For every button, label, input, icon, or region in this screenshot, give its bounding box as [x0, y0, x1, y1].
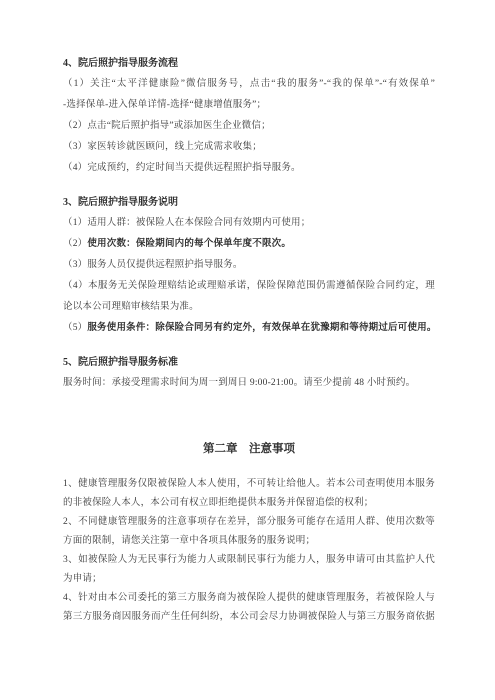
flow-step-3: （3）家医转诊就医顾问，线上完成需求收集； [63, 137, 435, 158]
note-4-line-1: 4、针对由本公司委托的第三方服务商为被保险人提供的健康管理服务，若被保险人与 [63, 589, 435, 608]
chapter-2-title: 第二章 注意事项 [63, 437, 435, 461]
desc-item-5-bold-text: 服务使用条件：除保险合同另有约定外，有效保单在犹豫期和等待期过后可使用。 [87, 323, 435, 333]
section-heading-description: 3、院后照护指导服务说明 [63, 192, 435, 213]
desc-item-1: （1）适用人群：被保险人在本保险合同有效期内可使用； [63, 213, 435, 234]
note-3-line-1: 3、如被保险人为无民事行为能力人或限制民事行为能力人，服务申请可由其监护人代 [63, 551, 435, 570]
desc-item-4-line-1: （4）本服务无关保险理赔结论或理赔承诺，保险保障范围仍需遵循保险合同约定，理赔结 [63, 276, 435, 297]
note-2-line-2: 方面的限制，请您关注第一章中各项具体服务的服务说明； [63, 532, 435, 551]
document-content: 4、院后照护指导服务流程 （1）关注“太平洋健康险”微信服务号，点击“我的服务”… [63, 53, 435, 627]
section-care-guidance-description: 3、院后照护指导服务说明 （1）适用人群：被保险人在本保险合同有效期内可使用； … [63, 192, 435, 339]
flow-step-4: （4）完成预约，约定时间当天提供远程照护指导服务。 [63, 158, 435, 179]
chapter-2-notes: 1、健康管理服务仅限被保险人本人使用，不可转让给他人。若本公司查明使用本服务 的… [63, 475, 435, 627]
note-3-line-2: 为申请； [63, 570, 435, 589]
flow-step-2: （2）点击“院后照护指导”或添加医生企业微信； [63, 116, 435, 137]
desc-item-2-bold-text: 使用次数：保险期间内的每个保单年度不限次。 [87, 239, 291, 249]
note-1-line-2: 的非被保险人本人，本公司有权立即拒绝提供本服务并保留追偿的权利； [63, 494, 435, 513]
note-2-line-1: 2、不同健康管理服务的注意事项存在差异，部分服务可能存在适用人群、使用次数等 [63, 513, 435, 532]
desc-item-4-line-2: 论以本公司理赔审核结果为准。 [63, 297, 435, 318]
section-heading-standard: 5、院后照护指导服务标准 [63, 352, 435, 373]
section-care-guidance-flow: 4、院后照护指导服务流程 （1）关注“太平洋健康险”微信服务号，点击“我的服务”… [63, 53, 435, 179]
section-care-guidance-standard: 5、院后照护指导服务标准 服务时间：承接受理需求时间为周一到周日 9:00-21… [63, 352, 435, 394]
standard-service-time: 服务时间：承接受理需求时间为周一到周日 9:00-21:00。请至少提前 48 … [63, 373, 435, 394]
note-4-line-2: 第三方服务商因服务而产生任何纠纷，本公司会尽力协调被保险人与第三方服务商依据 [63, 608, 435, 627]
desc-item-2-number: （2） [63, 239, 87, 249]
desc-item-3: （3）服务人员仅提供远程照护指导服务。 [63, 255, 435, 276]
flow-step-1-line-2: -选择保单-进入保单详情-选择“健康增值服务”； [63, 95, 435, 116]
flow-step-1-line-1: （1）关注“太平洋健康险”微信服务号，点击“我的服务”-“我的保单”-“有效保单… [63, 74, 435, 95]
desc-item-2: （2）使用次数：保险期间内的每个保单年度不限次。 [63, 234, 435, 255]
note-1-line-1: 1、健康管理服务仅限被保险人本人使用，不可转让给他人。若本公司查明使用本服务 [63, 475, 435, 494]
desc-item-5-number: （5） [63, 323, 87, 333]
section-heading-flow: 4、院后照护指导服务流程 [63, 53, 435, 74]
document-page: 4、院后照护指导服务流程 （1）关注“太平洋健康险”微信服务号，点击“我的服务”… [0, 0, 495, 700]
desc-item-5: （5）服务使用条件：除保险合同另有约定外，有效保单在犹豫期和等待期过后可使用。 [63, 318, 435, 339]
